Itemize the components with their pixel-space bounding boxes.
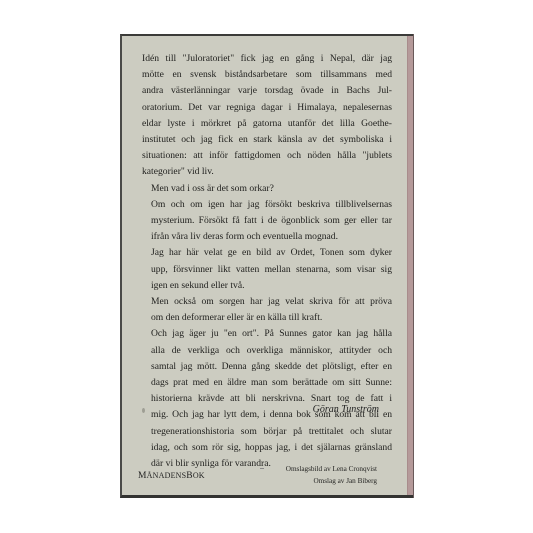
text-line: upp, försvinner likt vatten mellan stena… [142, 262, 392, 278]
text-line: dags prat med en äldre man som berättade… [142, 375, 392, 391]
text-line: Men också om sorgen har jag velat skriva… [142, 294, 392, 310]
text-line: oratorium. Det var regniga dagar i Himal… [142, 100, 392, 116]
speck [260, 468, 264, 469]
paragraph: Idén till "Juloratoriet" fick jag en gån… [142, 51, 392, 181]
text-line: Och jag äger ju "en ort". På Sunnes gato… [142, 326, 392, 342]
text-line: tregenerationshistoria som börjar på tre… [142, 424, 392, 440]
book-back-cover: Idén till "Juloratoriet" fick jag en gån… [120, 34, 413, 498]
author-signature: Göran Tunström [313, 404, 379, 415]
text-line: samtal jag mött. Denna gång skedde det p… [142, 359, 392, 375]
text-line: Om och om igen har jag försökt beskriva … [142, 197, 392, 213]
text-line: eldar lyste i mörkret på gatorna utanför… [142, 116, 392, 132]
paragraph: Och jag äger ju "en ort". På Sunnes gato… [142, 326, 392, 472]
text-line: situationen: att inför fattigdomen och n… [142, 148, 392, 164]
text-line: institutet och jag fick en stark känsla … [142, 132, 392, 148]
text-line: Jag har här velat ge en bild av Ordet, T… [142, 245, 392, 261]
text-line: kategorier" vid liv. [142, 164, 392, 180]
cover-image-credit: Omslagsbild av Lena Cronqvist [286, 463, 377, 475]
cover-credits: Omslagsbild av Lena Cronqvist Omslag av … [286, 463, 377, 487]
text-line: om den deformerar eller är en källa till… [142, 310, 392, 326]
paragraph: Men också om sorgen har jag velat skriva… [142, 294, 392, 326]
text-line: mötte en svensk biståndsarbetare som til… [142, 67, 392, 83]
text-line: idag, och som rör sig, hoppas jag, i det… [142, 440, 392, 456]
text-line: andra västerlänningar varje torsdag övad… [142, 83, 392, 99]
text-line: Idén till "Juloratoriet" fick jag en gån… [142, 51, 392, 67]
paragraph: Jag har här velat ge en bild av Ordet, T… [142, 245, 392, 294]
book-spine-edge [413, 34, 414, 498]
text-line: ifrån våra liv deras form och eventuella… [142, 229, 392, 245]
text-line: igen en sekund eller två. [142, 278, 392, 294]
smudge-mark [142, 408, 145, 413]
text-line: Men vad i oss är det som orkar? [142, 181, 392, 197]
text-line: mysterium. Försökt få fatt i de ögonblic… [142, 213, 392, 229]
cover-design-credit: Omslag av Jan Biberg [286, 475, 377, 487]
paragraph: Om och om igen har jag försökt beskriva … [142, 197, 392, 246]
text-line: alla de verkliga och overkliga människor… [142, 343, 392, 359]
publisher-logo: MÅNADENSBOK [138, 471, 205, 481]
paragraph: Men vad i oss är det som orkar? [142, 181, 392, 197]
